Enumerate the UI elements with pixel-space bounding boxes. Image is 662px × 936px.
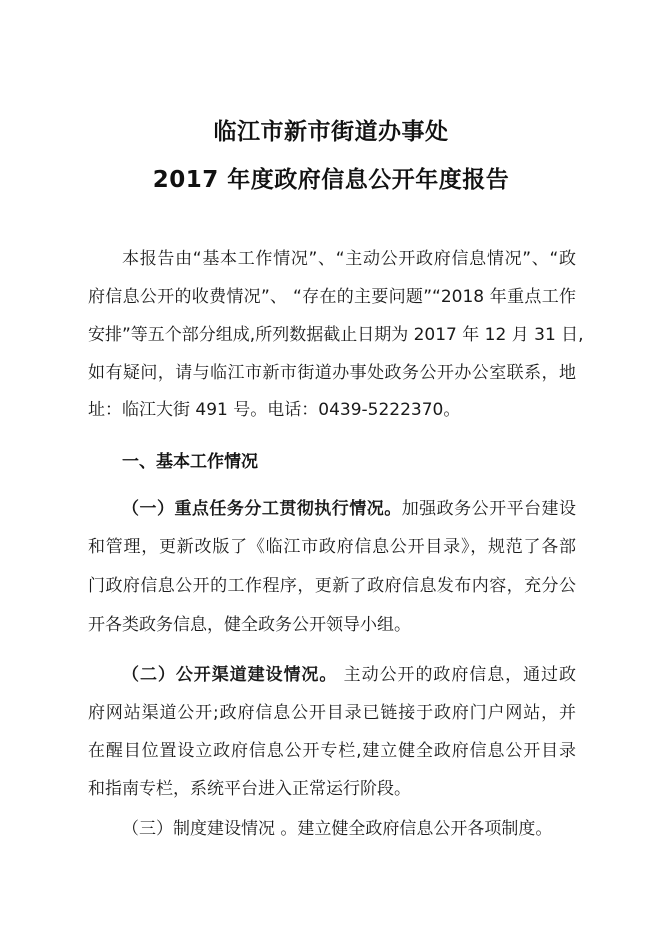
item3-lead: （三）制度建设情况 。 — [122, 819, 297, 839]
item2-first-rest: 主动公开的政府信息，通过政 — [337, 665, 576, 685]
item2-line-3: 在醒目位置设立政府信息公开专栏,建立健全政府信息公开目录 — [88, 732, 576, 770]
intro-line-1: 本报告由“基本工作情况”、“主动公开政府信息情况”、“政 — [122, 240, 576, 278]
item2-line-2: 府网站渠道公开;政府信息公开目录已链接于政府门户网站，并 — [88, 694, 576, 732]
intro-line-2: 府信息公开的收费情况”、 “存在的主要问题”“2018 年重点工作 — [88, 278, 576, 316]
item2-first-line: （二）公开渠道建设情况。 主动公开的政府信息，通过政 — [122, 656, 576, 694]
document-title-line2: 2017 年度政府信息公开年度报告 — [0, 165, 662, 195]
item1-line-2: 和管理，更新改版了《临江市政府信息公开目录》，规范了各部 — [88, 528, 576, 566]
item1-first-rest: 加强政务公开平台建设 — [402, 499, 576, 519]
intro-line-4: 如有疑问，请与临江市新市街道办事处政务公开办公室联系，地 — [88, 354, 576, 392]
section-heading-basic-work: 一、基本工作情况 — [122, 443, 258, 481]
item1-first-line: （一）重点任务分工贯彻执行情况。加强政务公开平台建设 — [122, 490, 576, 528]
document-title-line1: 临江市新市街道办事处 — [0, 117, 662, 147]
intro-line-3: 安排”等五个部分组成,所列数据截止日期为 2017 年 12 月 31 日, — [88, 316, 576, 354]
item1-line-3: 门政府信息公开的工作程序，更新了政府信息发布内容，充分公 — [88, 567, 576, 605]
item1-line-4: 开各类政务信息，健全政务公开领导小组。 — [88, 606, 576, 644]
document-page: 临江市新市街道办事处 2017 年度政府信息公开年度报告 本报告由“基本工作情况… — [0, 0, 662, 936]
item3-first-line: （三）制度建设情况 。建立健全政府信息公开各项制度。 — [122, 810, 576, 848]
item2-line-4: 和指南专栏，系统平台进入正常运行阶段。 — [88, 770, 576, 808]
item3-first-rest: 建立健全政府信息公开各项制度。 — [297, 819, 552, 839]
intro-line-5: 址：临江大街 491 号。电话：0439-5222370。 — [88, 391, 576, 429]
item2-lead: （二）公开渠道建设情况。 — [122, 665, 337, 685]
item1-lead: （一）重点任务分工贯彻执行情况。 — [122, 499, 402, 519]
